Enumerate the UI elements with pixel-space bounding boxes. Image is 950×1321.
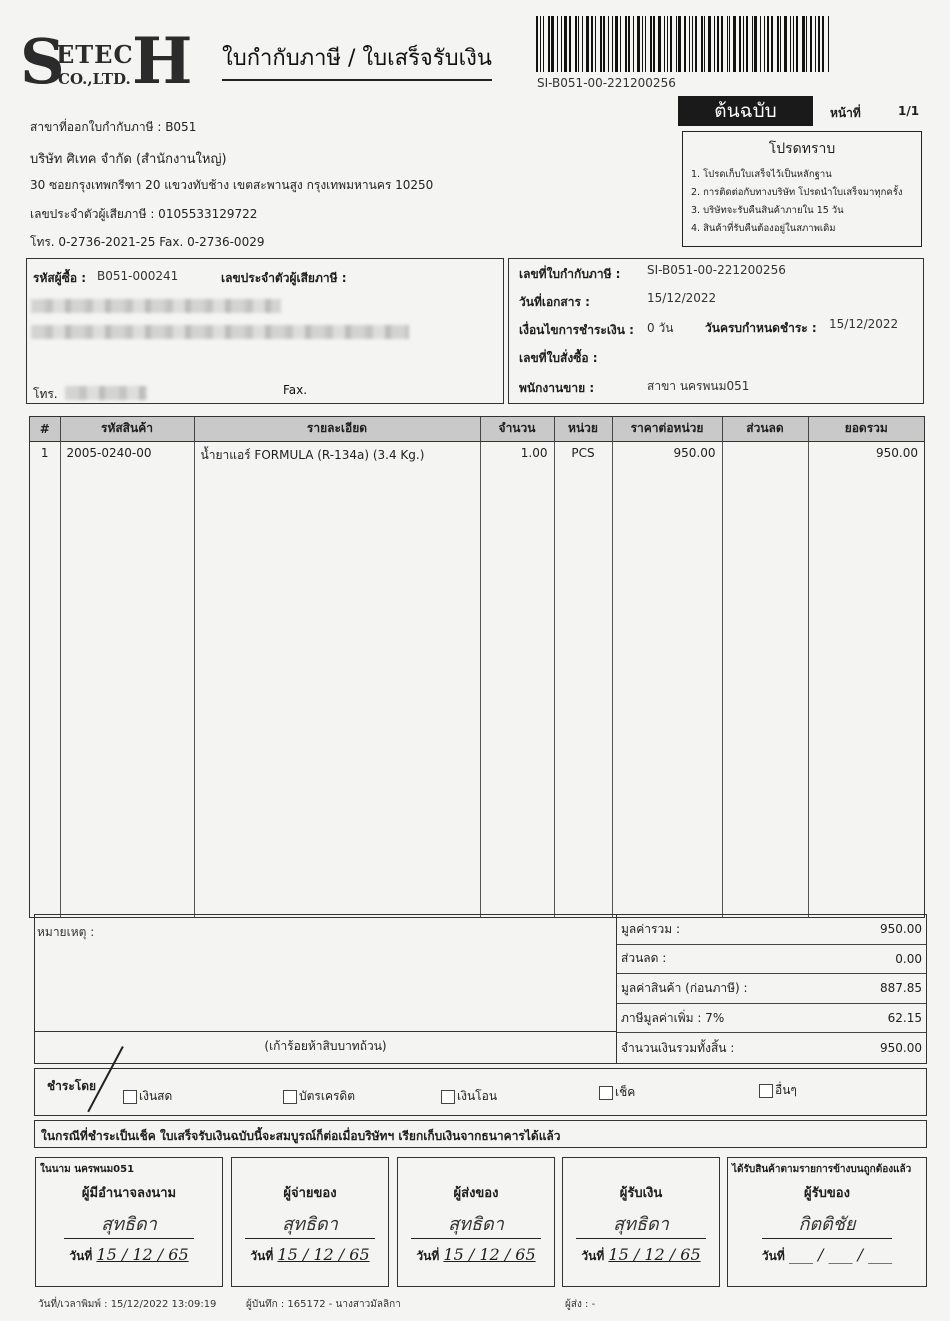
payment-terms-label: เงื่อนไขการชำระเงิน : — [519, 321, 634, 340]
col-discount: ส่วนลด — [722, 417, 808, 441]
payment-label: ชำระโดย — [47, 1077, 96, 1096]
company-logo: S ETEC CO.,LTD. H — [20, 36, 182, 92]
sig-caption — [563, 1158, 719, 1178]
payment-option-cash[interactable]: เงินสด — [123, 1087, 172, 1106]
redacted-customer-name — [31, 299, 281, 313]
option-label: เงินสด — [139, 1087, 172, 1106]
total-row-discount: ส่วนลด :0.00 — [617, 945, 926, 975]
date-label: วันที่ — [762, 1249, 785, 1263]
print-timestamp: วันที่/เวลาพิมพ์ : 15/12/2022 13:09:19 — [38, 1297, 216, 1312]
barcode-icon — [536, 16, 916, 72]
customer-tax-label: เลขประจำตัวผู้เสียภาษี : — [221, 269, 347, 288]
handwritten-signature: สุทธิดา — [576, 1211, 706, 1239]
doc-date-label: วันที่เอกสาร : — [519, 293, 590, 312]
sig-caption: ได้รับสินค้าตามรายการข้างบนถูกต้องแล้ว — [728, 1158, 926, 1178]
page-number: 1/1 — [898, 104, 919, 118]
checkbox-checked[interactable] — [123, 1090, 137, 1104]
sig-date: วันที่ 15 / 12 / 65 — [36, 1245, 222, 1266]
customer-phone-label: โทร. — [33, 385, 58, 404]
col-qty: จำนวน — [480, 417, 554, 441]
total-value: 950.00 — [826, 1041, 926, 1055]
payment-option-cheque[interactable]: เช็ค — [599, 1083, 635, 1102]
logo-h: H — [132, 30, 192, 94]
date-label: วันที่ — [416, 1249, 439, 1263]
logo-etec: ETEC — [56, 40, 134, 69]
notice-box: โปรดทราบ 1. โปรดเก็บใบเสร็จไว้เป็นหลักฐา… — [682, 131, 922, 247]
total-label: ภาษีมูลค่าเพิ่ม : 7% — [617, 1009, 826, 1028]
handwritten-signature: สุทธิดา — [245, 1211, 375, 1239]
checkbox[interactable] — [759, 1084, 773, 1098]
totals-table: มูลค่ารวม :950.00 ส่วนลด :0.00 มูลค่าสิน… — [617, 915, 926, 1063]
total-row-pretax: มูลค่าสินค้า (ก่อนภาษี) :887.85 — [617, 974, 926, 1004]
signature-box-authorized: ในนาม นครพนม051 ผู้มีอำนาจลงนาม สุทธิดา … — [35, 1157, 223, 1287]
seller-company: บริษัท ศิเทค จำกัด (สำนักงานใหญ่) — [30, 148, 227, 169]
payment-option-credit[interactable]: บัตรเครดิต — [283, 1087, 355, 1106]
total-value: 950.00 — [826, 922, 926, 936]
customer-fax-label: Fax. — [283, 383, 307, 397]
sig-caption: ในนาม นครพนม051 — [36, 1158, 222, 1178]
payment-option-transfer[interactable]: เงินโอน — [441, 1087, 497, 1106]
doc-date: 15/12/2022 — [647, 291, 716, 305]
recorder: ผู้บันทึก : 165172 - นางสาวมัลลิกา — [246, 1297, 401, 1312]
col-no: # — [30, 417, 60, 441]
total-label: มูลค่าสินค้า (ก่อนภาษี) : — [617, 979, 826, 998]
option-label: เช็ค — [615, 1083, 635, 1102]
col-desc: รายละเอียด — [194, 417, 480, 441]
date-value: 15 / 12 / 65 — [96, 1245, 188, 1264]
row-desc: น้ำยาแอร์ FORMULA (R-134a) (3.4 Kg.) — [194, 441, 480, 917]
date-value: ___ / ___ / ___ — [789, 1245, 892, 1264]
col-code: รหัสสินค้า — [60, 417, 194, 441]
barcode-text: SI-B051-00-221200256 — [537, 76, 676, 90]
total-value: 62.15 — [826, 1011, 926, 1025]
row-code: 2005-0240-00 — [60, 441, 194, 917]
date-label: วันที่ — [250, 1249, 273, 1263]
sig-caption — [232, 1158, 388, 1178]
sig-date: วันที่ 15 / 12 / 65 — [563, 1245, 719, 1266]
total-value: 0.00 — [826, 952, 926, 966]
sig-role: ผู้รับเงิน — [563, 1182, 719, 1203]
row-price: 950.00 — [612, 441, 722, 917]
row-total: 950.00 — [808, 441, 924, 917]
invoice-info-box: เลขที่ใบกำกับภาษี : SI-B051-00-221200256… — [508, 258, 924, 404]
sig-role: ผู้รับของ — [728, 1182, 926, 1203]
page-label: หน้าที่ — [830, 104, 861, 123]
redacted-customer-phone — [65, 386, 147, 400]
row-unit: PCS — [554, 441, 612, 917]
invoice-number-label: เลขที่ใบกำกับภาษี : — [519, 265, 620, 284]
date-value: 15 / 12 / 65 — [608, 1245, 700, 1264]
date-label: วันที่ — [581, 1249, 604, 1263]
customer-code-label: รหัสผู้ซื้อ : — [33, 269, 86, 288]
handwritten-signature: กิตติชัย — [762, 1211, 892, 1239]
seller-branch: สาขาที่ออกใบกำกับภาษี : B051 — [30, 118, 196, 137]
payment-terms: 0 วัน — [647, 319, 673, 338]
document-title: ใบกำกับภาษี / ใบเสร็จรับเงิน — [222, 40, 492, 81]
sig-role: ผู้จ่ายของ — [232, 1182, 388, 1203]
row-qty: 1.00 — [480, 441, 554, 917]
checkbox[interactable] — [441, 1090, 455, 1104]
notice-item: 1. โปรดเก็บใบเสร็จไว้เป็นหลักฐาน — [691, 166, 913, 184]
row-no: 1 — [30, 441, 60, 917]
sig-role: ผู้ส่งของ — [398, 1182, 554, 1203]
checkbox[interactable] — [283, 1090, 297, 1104]
table-row: 1 2005-0240-00 น้ำยาแอร์ FORMULA (R-134a… — [30, 441, 924, 917]
notice-item: 3. บริษัทจะรับคืนสินค้าภายใน 15 วัน — [691, 202, 913, 220]
logo-coltd: CO.,LTD. — [58, 70, 131, 88]
option-label: เงินโอน — [457, 1087, 497, 1106]
handwritten-signature: สุทธิดา — [64, 1211, 194, 1239]
seller-tax-id: เลขประจำตัวผู้เสียภาษี : 0105533129722 — [30, 205, 257, 224]
sig-date: วันที่ 15 / 12 / 65 — [398, 1245, 554, 1266]
col-price: ราคาต่อหน่วย — [612, 417, 722, 441]
date-value: 15 / 12 / 65 — [443, 1245, 535, 1264]
notice-item: 2. การติดต่อกับทางบริษัท โปรดนำใบเสร็จมา… — [691, 184, 913, 202]
total-row-vat: ภาษีมูลค่าเพิ่ม : 7%62.15 — [617, 1004, 926, 1034]
sig-caption — [398, 1158, 554, 1178]
cheque-note: ในกรณีที่ชำระเป็นเช็ค ใบเสร็จรับเงินฉบับ… — [34, 1120, 927, 1148]
signature-box-issuer: ผู้จ่ายของ สุทธิดา วันที่ 15 / 12 / 65 — [231, 1157, 389, 1287]
notice-title: โปรดทราบ — [691, 138, 913, 160]
payment-option-other[interactable]: อื่นๆ — [759, 1081, 797, 1100]
customer-box: รหัสผู้ซื้อ : B051-000241 เลขประจำตัวผู้… — [26, 258, 504, 404]
customer-code: B051-000241 — [97, 269, 178, 283]
total-label: มูลค่ารวม : — [617, 920, 826, 939]
items-table: # รหัสสินค้า รายละเอียด จำนวน หน่วย ราคา… — [29, 416, 925, 918]
handwritten-signature: สุทธิดา — [411, 1211, 541, 1239]
total-row-grand: จำนวนเงินรวมทั้งสิ้น :950.00 — [617, 1033, 926, 1063]
sig-role: ผู้มีอำนาจลงนาม — [36, 1182, 222, 1203]
col-total: ยอดรวม — [808, 417, 924, 441]
due-date: 15/12/2022 — [829, 317, 898, 331]
remarks-label: หมายเหตุ : — [37, 925, 94, 939]
sender: ผู้ส่ง : - — [565, 1297, 595, 1312]
po-number-label: เลขที่ใบสั่งซื้อ : — [519, 349, 598, 368]
redacted-customer-address — [31, 325, 409, 339]
option-label: อื่นๆ — [775, 1081, 797, 1100]
invoice-number: SI-B051-00-221200256 — [647, 263, 786, 277]
payment-method-box: ชำระโดย เงินสด บัตรเครดิต เงินโอน เช็ค อ… — [34, 1068, 927, 1116]
checkbox[interactable] — [599, 1086, 613, 1100]
sig-date: วันที่ 15 / 12 / 65 — [232, 1245, 388, 1266]
total-value: 887.85 — [826, 981, 926, 995]
total-label: ส่วนลด : — [617, 949, 826, 968]
summary-box: หมายเหตุ : (เก้าร้อยห้าสิบบาทถ้วน) มูลค่… — [34, 914, 927, 1064]
remarks-field: หมายเหตุ : — [35, 915, 617, 1032]
notice-item: 4. สินค้าที่รับคืนต้องอยู่ในสภาพเดิม — [691, 220, 913, 238]
date-label: วันที่ — [69, 1249, 92, 1263]
signature-box-deliverer: ผู้ส่งของ สุทธิดา วันที่ 15 / 12 / 65 — [397, 1157, 555, 1287]
seller-address: 30 ซอยกรุงเทพกรีฑา 20 แขวงทับช้าง เขตสะพ… — [30, 176, 433, 195]
salesperson-label: พนักงานขาย : — [519, 379, 594, 398]
col-unit: หน่วย — [554, 417, 612, 441]
row-discount — [722, 441, 808, 917]
original-badge: ต้นฉบับ — [678, 96, 813, 126]
signature-box-receiver: ได้รับสินค้าตามรายการข้างบนถูกต้องแล้ว ผ… — [727, 1157, 927, 1287]
total-row-subtotal: มูลค่ารวม :950.00 — [617, 915, 926, 945]
option-label: บัตรเครดิต — [299, 1087, 355, 1106]
due-date-label: วันครบกำหนดชำระ : — [705, 319, 817, 338]
table-header-row: # รหัสสินค้า รายละเอียด จำนวน หน่วย ราคา… — [30, 417, 924, 441]
seller-phone: โทร. 0-2736-2021-25 Fax. 0-2736-0029 — [30, 233, 264, 252]
date-value: 15 / 12 / 65 — [277, 1245, 369, 1264]
salesperson: สาขา นครพนม051 — [647, 377, 749, 396]
sig-date: วันที่ ___ / ___ / ___ — [728, 1245, 926, 1266]
total-label: จำนวนเงินรวมทั้งสิ้น : — [617, 1039, 826, 1058]
signature-box-cashier: ผู้รับเงิน สุทธิดา วันที่ 15 / 12 / 65 — [562, 1157, 720, 1287]
